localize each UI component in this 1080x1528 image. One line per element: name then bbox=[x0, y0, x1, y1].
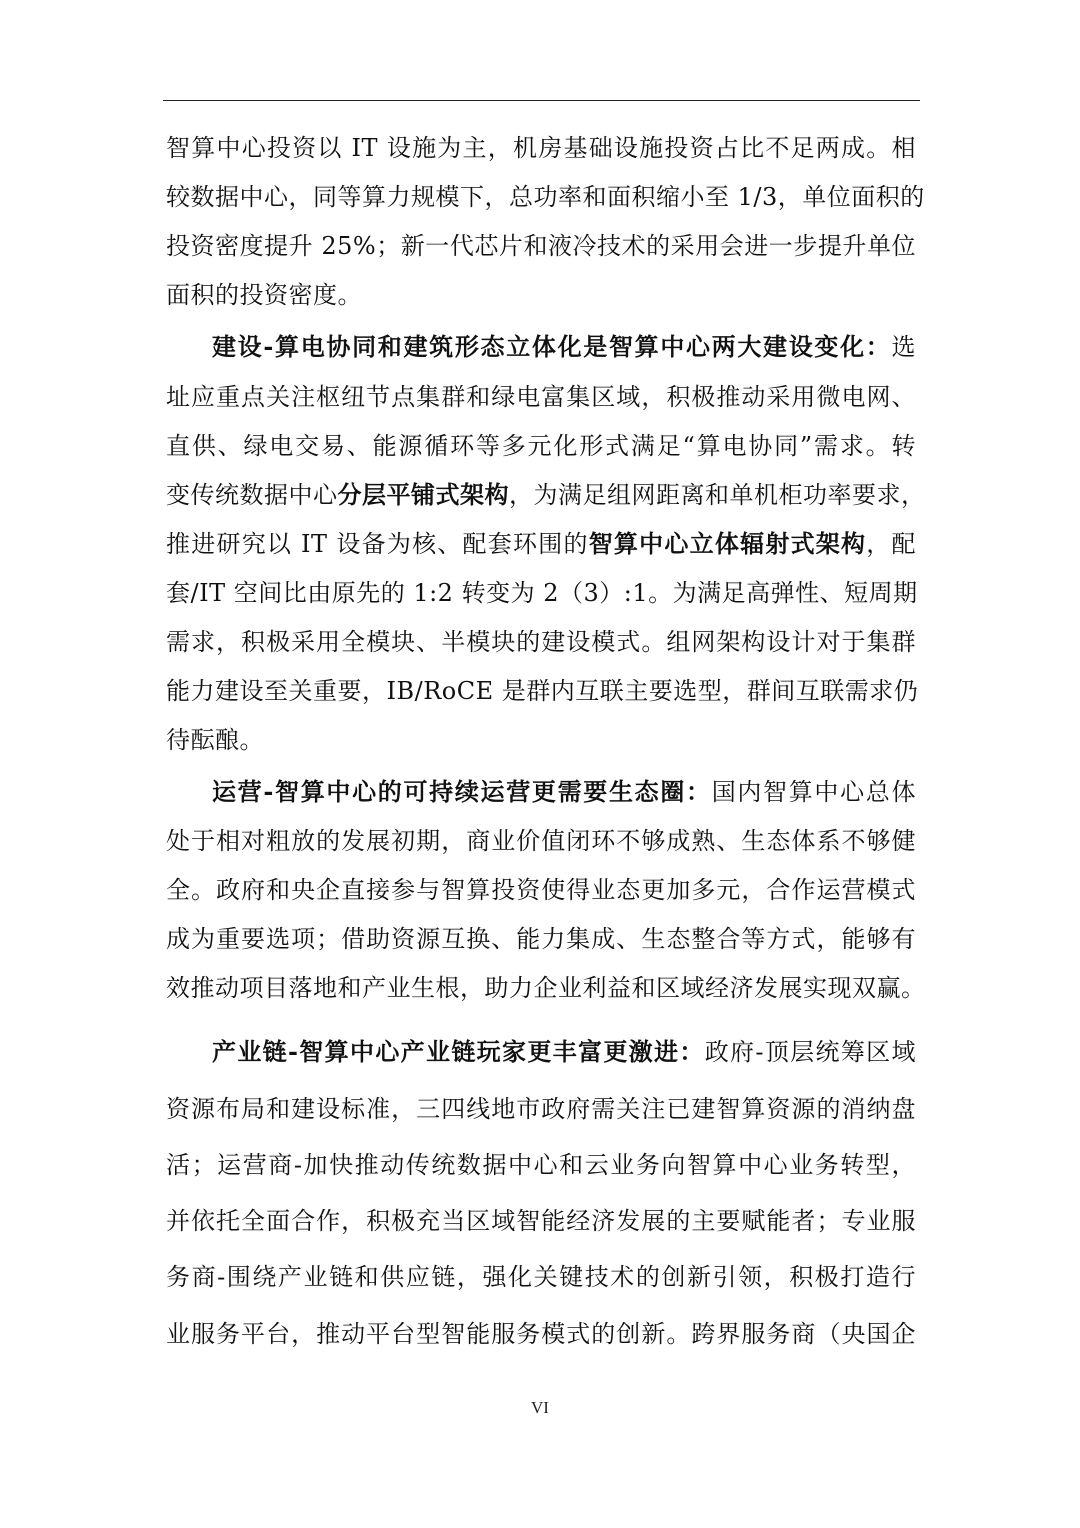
section-heading-industry-chain: 产业链-智算中心产业链玩家更丰富更激进： bbox=[212, 1037, 705, 1066]
paragraph-2-line-6: 套/IT 空间比由原先的 1:2 转变为 2（3）:1。为满足高弹性、短周期 bbox=[166, 576, 916, 610]
paragraph-4-line-1: 产业链-智算中心产业链玩家更丰富更激进：政府-顶层统筹区域 bbox=[166, 1035, 916, 1069]
paragraph-4-line-5: 务商-围绕产业链和供应链，强化关键技术的创新引领，积极打造行 bbox=[166, 1260, 916, 1294]
paragraph-3-line-3: 全。政府和央企直接参与智算投资使得业态更加多元，合作运营模式 bbox=[166, 873, 916, 907]
paragraph-1-line-1: 智算中心投资以 IT 设施为主，机房基础设施投资占比不足两成。相 bbox=[166, 131, 916, 165]
paragraph-4-line-3: 活；运营商-加快推动传统数据中心和云业务向智算中心业务转型， bbox=[166, 1148, 916, 1182]
emphasis-layered-architecture: 分层平铺式架构 bbox=[338, 480, 510, 509]
paragraph-2-line-8: 能力建设至关重要，IB/RoCE 是群内互联主要选型，群间互联需求仍 bbox=[166, 674, 916, 708]
paragraph-3-line-4: 成为重要选项；借助资源互换、能力集成、生态整合等方式，能够有 bbox=[166, 922, 916, 956]
paragraph-2-line-7: 需求，积极采用全模块、半模块的建设模式。组网架构设计对于集群 bbox=[166, 625, 916, 659]
paragraph-3-line-2: 处于相对粗放的发展初期，商业价值闭环不够成熟、生态体系不够健 bbox=[166, 824, 916, 858]
paragraph-3-line-5: 效推动项目落地和产业生根，助力企业利益和区域经济发展实现双赢。 bbox=[166, 971, 916, 1005]
paragraph-1-line-4: 面积的投资密度。 bbox=[166, 278, 916, 312]
emphasis-radial-architecture: 智算中心立体辐射式架构 bbox=[589, 529, 867, 558]
paragraph-2-line-4: 变传统数据中心分层平铺式架构，为满足组网距离和单机柜功率要求， bbox=[166, 478, 916, 512]
paragraph-2-line-1: 建设-算电协同和建筑形态立体化是智算中心两大建设变化：选 bbox=[166, 330, 916, 364]
paragraph-4-line-6: 业服务平台，推动平台型智能服务模式的创新。跨界服务商（央国企 bbox=[166, 1317, 916, 1351]
paragraph-4-line-2: 资源布局和建设标准，三四线地市政府需关注已建智算资源的消纳盘 bbox=[166, 1092, 916, 1126]
section-heading-construction: 建设-算电协同和建筑形态立体化是智算中心两大建设变化： bbox=[212, 332, 892, 361]
paragraph-2-line-9: 待酝酿。 bbox=[166, 723, 916, 757]
section-heading-operation: 运营-智算中心的可持续运营更需要生态圈： bbox=[212, 777, 712, 806]
paragraph-4-line-4: 并依托全面合作，积极充当区域智能经济发展的主要赋能者；专业服 bbox=[166, 1204, 916, 1238]
page-number: VI bbox=[0, 1398, 1080, 1418]
paragraph-1-line-3: 投资密度提升 25%；新一代芯片和液冷技术的采用会进一步提升单位 bbox=[166, 229, 916, 263]
paragraph-1-line-2: 较数据中心，同等算力规模下，总功率和面积缩小至 1/3，单位面积的 bbox=[166, 180, 916, 214]
paragraph-2-line-2: 址应重点关注枢纽节点集群和绿电富集区域，积极推动采用微电网、 bbox=[166, 380, 916, 414]
paragraph-2-line-3: 直供、绿电交易、能源循环等多元化形式满足“算电协同”需求。转 bbox=[166, 429, 916, 463]
paragraph-3-line-1: 运营-智算中心的可持续运营更需要生态圈：国内智算中心总体 bbox=[166, 775, 916, 809]
header-rule bbox=[163, 100, 920, 101]
paragraph-2-line-5: 推进研究以 IT 设备为核、配套环围的智算中心立体辐射式架构，配 bbox=[166, 527, 916, 561]
